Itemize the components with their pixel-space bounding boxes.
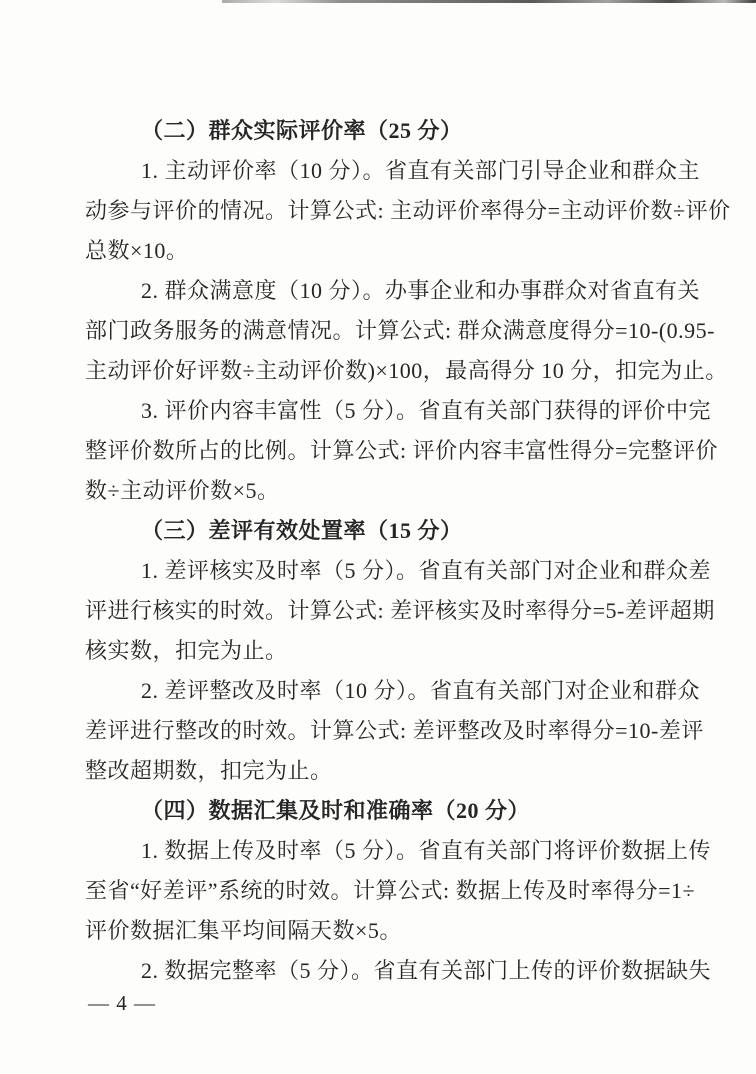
text-line: 2. 数据完整率（5 分）。省直有关部门上传的评价数据缺失 <box>85 951 705 991</box>
section-heading: （二）群众实际评价率（25 分） <box>85 111 705 151</box>
document-page: （二）群众实际评价率（25 分）1. 主动评价率（10 分）。省直有关部门引导企… <box>0 0 756 1074</box>
text-line: 整改超期数，扣完为止。 <box>85 751 705 791</box>
text-line: 评价数据汇集平均间隔天数×5。 <box>85 911 705 951</box>
text-line: 整评价数所占的比例。计算公式: 评价内容丰富性得分=完整评价 <box>85 431 705 471</box>
text-line: 1. 差评核实及时率（5 分）。省直有关部门对企业和群众差 <box>85 551 705 591</box>
text-line: 主动评价好评数÷主动评价数)×100，最高得分 10 分，扣完为止。 <box>85 351 705 391</box>
text-line: 部门政务服务的满意情况。计算公式: 群众满意度得分=10-(0.95- <box>85 311 705 351</box>
text-line: 动参与评价的情况。计算公式: 主动评价率得分=主动评价数÷评价 <box>85 191 705 231</box>
text-line: 1. 数据上传及时率（5 分）。省直有关部门将评价数据上传 <box>85 831 705 871</box>
text-line: 核实数，扣完为止。 <box>85 631 705 671</box>
section-heading: （四）数据汇集及时和准确率（20 分） <box>85 791 705 831</box>
text-line: 至省“好差评”系统的时效。计算公式: 数据上传及时率得分=1÷ <box>85 871 705 911</box>
text-line: 3. 评价内容丰富性（5 分）。省直有关部门获得的评价中完 <box>85 391 705 431</box>
scan-edge-artifact <box>222 0 756 3</box>
section-heading: （三）差评有效处置率（15 分） <box>85 511 705 551</box>
text-block: （二）群众实际评价率（25 分）1. 主动评价率（10 分）。省直有关部门引导企… <box>85 111 705 991</box>
text-line: 2. 群众满意度（10 分）。办事企业和办事群众对省直有关 <box>85 271 705 311</box>
page-number: — 4 — <box>88 991 156 1015</box>
text-line: 评进行核实的时效。计算公式: 差评核实及时率得分=5-差评超期 <box>85 591 705 631</box>
text-line: 1. 主动评价率（10 分）。省直有关部门引导企业和群众主 <box>85 151 705 191</box>
text-line: 2. 差评整改及时率（10 分）。省直有关部门对企业和群众 <box>85 671 705 711</box>
text-line: 差评进行整改的时效。计算公式: 差评整改及时率得分=10-差评 <box>85 711 705 751</box>
text-line: 总数×10。 <box>85 231 705 271</box>
text-line: 数÷主动评价数×5。 <box>85 471 705 511</box>
